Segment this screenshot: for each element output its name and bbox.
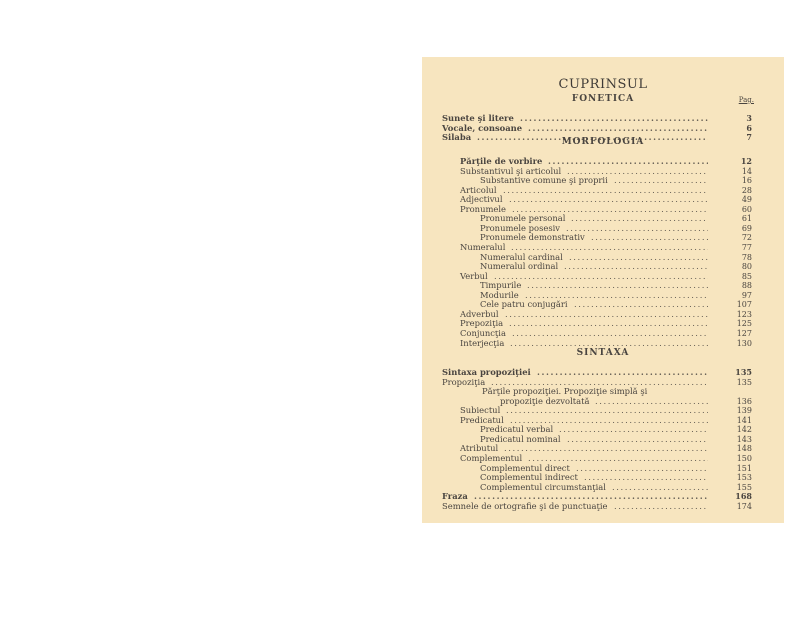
dot-leader: ........................................…	[567, 435, 708, 444]
toc-entry-page: 123	[737, 310, 752, 319]
toc-entry-label: Propoziţia	[442, 378, 485, 387]
toc-entry-page: 72	[742, 233, 752, 242]
toc-entry: Verbul..................................…	[422, 272, 784, 281]
toc-entry-page: 143	[737, 435, 752, 444]
toc-entry-page: 174	[737, 502, 752, 511]
dot-leader: ........................................…	[537, 368, 708, 377]
toc-entry-page: 80	[742, 262, 752, 271]
toc-entry: Substantive comune şi proprii...........…	[422, 176, 784, 185]
toc-entry-label: Complementul circumstanţial	[480, 483, 606, 492]
toc-entry: Conjuncţia..............................…	[422, 329, 784, 338]
toc-entry: Vocale, consoane........................…	[422, 124, 784, 133]
toc-entry: Timpurile...............................…	[422, 281, 784, 290]
toc-entry-page: 14	[742, 167, 752, 176]
toc-entry-page: 125	[737, 319, 752, 328]
toc-entry: Pronumele...............................…	[422, 205, 784, 214]
toc-entry-label: Sintaxa propoziţiei	[442, 368, 531, 377]
dot-leader: ........................................…	[584, 473, 708, 482]
section-heading: MORFOLOGIA	[422, 137, 784, 147]
dot-leader: ........................................…	[505, 310, 708, 319]
toc-entry-page: 88	[742, 281, 752, 290]
toc-entry-label: Subiectul	[460, 406, 500, 415]
toc-entry-label: Conjuncţia	[460, 329, 506, 338]
page-title: CUPRINSUL	[422, 77, 784, 92]
toc-entry-label: Sunete şi litere	[442, 114, 514, 123]
toc-entry: Complementul direct.....................…	[422, 464, 784, 473]
toc-entry: Subiectul...............................…	[422, 406, 784, 415]
toc-entry-label: Substantive comune şi proprii	[480, 176, 608, 185]
toc-entry: Adjectivul..............................…	[422, 195, 784, 204]
toc-entry-page: 142	[737, 425, 752, 434]
dot-leader: ........................................…	[612, 483, 708, 492]
toc-entry-label: Pronumele personal	[480, 214, 565, 223]
dot-leader: ........................................…	[591, 233, 708, 242]
toc-entry-page: 85	[742, 272, 752, 281]
toc-entry: Predicatul verbal.......................…	[422, 425, 784, 434]
dot-leader: ........................................…	[569, 253, 708, 262]
dot-leader: ........................................…	[548, 157, 708, 166]
dot-leader: ........................................…	[614, 176, 708, 185]
dot-leader: ........................................…	[559, 425, 708, 434]
dot-leader: ........................................…	[503, 186, 708, 195]
toc-entry-label: Numeralul ordinal	[480, 262, 558, 271]
toc-entry: Numeralul ordinal.......................…	[422, 262, 784, 271]
dot-leader: ........................................…	[571, 214, 708, 223]
dot-leader: ........................................…	[520, 114, 708, 123]
dot-leader: ........................................…	[510, 339, 708, 348]
toc-entry: Pronumele personal......................…	[422, 214, 784, 223]
toc-entry-label: Complementul	[460, 454, 522, 463]
toc-entry: Sintaxa propoziţiei.....................…	[422, 368, 784, 377]
toc-entry-page: 97	[742, 291, 752, 300]
toc-entry-page: 127	[737, 329, 752, 338]
toc-entry-label: Numeralul	[460, 243, 505, 252]
dot-leader: ........................................…	[576, 464, 708, 473]
toc-entry-label: Părţile propoziţiei. Propoziţie simplă ş…	[482, 387, 647, 396]
toc-entry-page: 28	[742, 186, 752, 195]
scanned-page: CUPRINSUL Pag. FONETICASunete şi litere.…	[422, 57, 784, 523]
dot-leader: ........................................…	[614, 502, 708, 511]
dot-leader: ........................................…	[528, 124, 708, 133]
toc-entry-page: 139	[737, 406, 752, 415]
toc-entry-page: 168	[735, 492, 752, 501]
toc-entry: Cele patru conjugări....................…	[422, 300, 784, 309]
dot-leader: ........................................…	[574, 300, 708, 309]
toc-entry-page: 135	[735, 368, 752, 377]
toc-entry-label: Predicatul verbal	[480, 425, 553, 434]
toc-entry: Complementul indirect...................…	[422, 473, 784, 482]
dot-leader: ........................................…	[512, 329, 708, 338]
dot-leader: ........................................…	[511, 243, 708, 252]
section-heading: SINTAXA	[422, 348, 784, 358]
toc-entry-page: 69	[742, 224, 752, 233]
toc-entry-page: 49	[742, 195, 752, 204]
dot-leader: ........................................…	[528, 454, 708, 463]
dot-leader: ........................................…	[506, 406, 708, 415]
toc-entry-page: 135	[737, 378, 752, 387]
toc-entry: Părţile de vorbire......................…	[422, 157, 784, 166]
toc-entry-label: Interjecţia	[460, 339, 504, 348]
toc-entry-page: 130	[737, 339, 752, 348]
toc-entry: Pronumele posesiv.......................…	[422, 224, 784, 233]
toc-entry: Numeralul cardinal......................…	[422, 253, 784, 262]
toc-entry-page: 107	[737, 300, 752, 309]
toc-entry-page: 78	[742, 253, 752, 262]
toc-entry: Sunete şi litere........................…	[422, 114, 784, 123]
dot-leader: ........................................…	[595, 397, 708, 406]
toc-entry: Modurile................................…	[422, 291, 784, 300]
toc-entry: Semnele de ortografie şi de punctuaţie..…	[422, 502, 784, 511]
toc-entry-page: 150	[737, 454, 752, 463]
toc-entry-label: Semnele de ortografie şi de punctuaţie	[442, 502, 608, 511]
toc-entry-page: 16	[742, 176, 752, 185]
toc-entry-page: 3	[746, 114, 752, 123]
toc-entry: Complementul............................…	[422, 454, 784, 463]
toc-entry: Fraza...................................…	[422, 492, 784, 501]
section-heading: FONETICA	[422, 94, 784, 104]
dot-leader: ........................................…	[474, 492, 708, 501]
toc-entry: Complementul circumstanţial.............…	[422, 483, 784, 492]
toc-entry: Numeralul...............................…	[422, 243, 784, 252]
dot-leader: ........................................…	[494, 272, 708, 281]
toc-entry: Părţile propoziţiei. Propoziţie simplă ş…	[422, 387, 784, 396]
toc-entry-page: 60	[742, 205, 752, 214]
toc-entry-page: 61	[742, 214, 752, 223]
toc-entry: Predicatul..............................…	[422, 416, 784, 425]
dot-leader: ........................................…	[566, 224, 708, 233]
dot-leader: ........................................…	[509, 195, 708, 204]
dot-leader: ........................................…	[509, 319, 708, 328]
toc-entry-label: Fraza	[442, 492, 468, 501]
toc-entry-page: 153	[737, 473, 752, 482]
toc-entry-page: 141	[737, 416, 752, 425]
dot-leader: ........................................…	[504, 444, 708, 453]
toc-entry-label: Complementul indirect	[480, 473, 578, 482]
toc-entry-label: propoziţie dezvoltată	[500, 397, 589, 406]
toc-entry-page: 148	[737, 444, 752, 453]
toc-entry-page: 151	[737, 464, 752, 473]
toc-entry-page: 136	[737, 397, 752, 406]
toc-entry-label: Adjectivul	[460, 195, 503, 204]
dot-leader: ........................................…	[564, 262, 708, 271]
toc-entry-label: Cele patru conjugări	[480, 300, 568, 309]
toc-entry: Interjecţia.............................…	[422, 339, 784, 348]
toc-entry-label: Timpurile	[480, 281, 521, 290]
dot-leader: ........................................…	[527, 281, 708, 290]
toc-entry-page: 77	[742, 243, 752, 252]
toc-entry-label: Părţile de vorbire	[460, 157, 542, 166]
toc-entry-page: 12	[741, 157, 752, 166]
